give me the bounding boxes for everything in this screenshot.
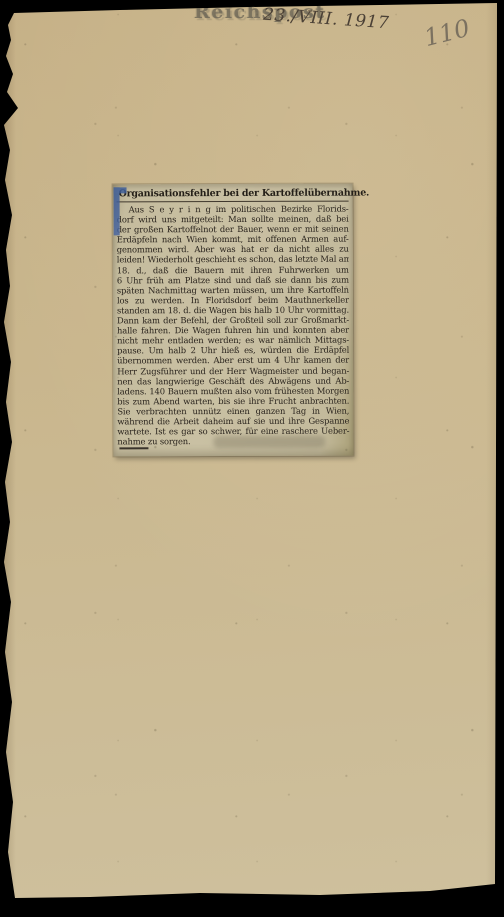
clipping-text-line: 18. d., daß die Bauern mit ihren Fuhrwer… <box>117 264 349 275</box>
clipping-text-line: späten Nachmittag warten müssen, um ihre… <box>117 284 349 295</box>
clipping-text-line: leiden! Wiederholt geschieht es schon, d… <box>117 254 349 265</box>
ink-transfer-ghost <box>213 436 325 448</box>
clipping-text-line: übernommen werden. Aber erst um 4 Uhr ka… <box>117 355 349 366</box>
end-of-article-rule <box>119 448 148 450</box>
clipping-headline: Organisationsfehler bei der Kartoffelübe… <box>117 187 349 203</box>
handwritten-date: 23./VIII. 1917 <box>262 5 389 34</box>
clipping-text-line: ladens. 140 Bauern mußten also vom frühe… <box>117 385 349 396</box>
clipping-body: Aus S e y r i n g im politischen Bezirke… <box>117 204 350 447</box>
page-number-pencil: 110 <box>421 14 472 52</box>
blue-pencil-mark <box>114 187 120 235</box>
clipping-text-line: Herr Zugsführer und der Herr Wagmeister … <box>117 365 349 376</box>
album-page: Reichspost 23./VIII. 1917 110 Organisati… <box>0 0 504 917</box>
newspaper-clipping: Organisationsfehler bei der Kartoffelübe… <box>113 184 354 457</box>
scan-background: Reichspost 23./VIII. 1917 110 Organisati… <box>0 0 504 917</box>
clipping-text-line: 6 Uhr früh am Platze sind und daß sie da… <box>117 274 349 285</box>
clipping-text-line: nen das langwierige Geschäft des Abwägen… <box>117 375 349 386</box>
clipping-text-line: bis zum Abend warten, bis sie ihre Fruch… <box>117 395 349 406</box>
